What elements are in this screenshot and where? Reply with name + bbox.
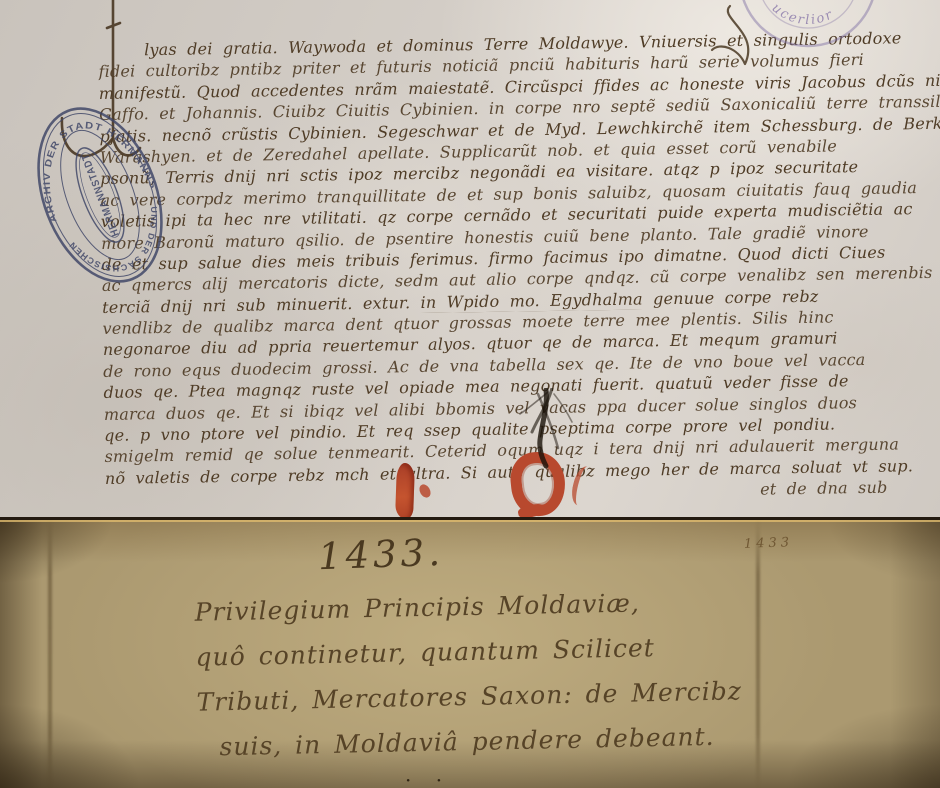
year-annotation-large: 1433. (317, 531, 444, 578)
wax-seal-fragment (395, 463, 415, 517)
scanned-document: lyas dei gratia. Waywoda et dominus Terr… (0, 0, 940, 788)
verso-title-block: Privilegium Principis Moldaviæ, quô cont… (194, 578, 743, 769)
manuscript-recto: lyas dei gratia. Waywoda et dominus Terr… (0, 0, 940, 517)
manuscript-verso-strip: 1433. 1433 Privilegium Principis Moldavi… (0, 517, 940, 788)
year-annotation-small: 1433 (744, 535, 794, 552)
corner-stamp-text: ucerlior (769, 1, 837, 28)
ink-smudge (518, 388, 578, 478)
line-post: genuue corpe rebz (643, 286, 819, 308)
ink-dots: · · (405, 768, 451, 788)
parchment-crease (756, 520, 760, 788)
parchment-crease (48, 520, 52, 788)
corner-round-stamp: ucerlior (733, 0, 883, 53)
